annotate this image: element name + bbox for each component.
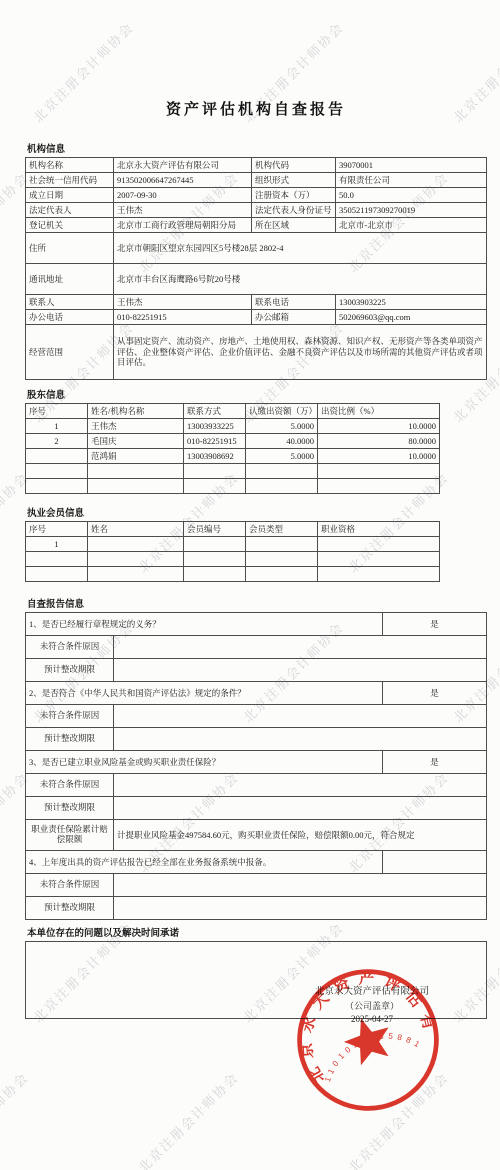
field-label: 经营范围: [26, 325, 114, 380]
field-value: [114, 897, 487, 920]
field-value: 39070001: [336, 158, 487, 173]
field-label: 联系人: [26, 295, 114, 310]
column-header: 序号: [26, 522, 88, 537]
page-title: 资产评估机构自查报告: [25, 98, 487, 119]
table-row: 范鸿娟 13003908692 5.0000 10.0000: [26, 449, 440, 464]
table-cell: 010-82251915: [184, 434, 246, 449]
table-row: 住所 北京市朝阳区望京东园四区5号楼28层 2802-4: [26, 233, 487, 264]
field-value: 有限责任公司: [336, 173, 487, 188]
question-row: 3、是否已建立职业风险基金或购买职业责任保险？ 是: [26, 751, 487, 774]
table-row: 1: [26, 537, 440, 552]
table-cell: [26, 449, 88, 464]
table-row: [26, 552, 440, 567]
field-value: 350521197309270019: [336, 203, 487, 218]
question-row: 1、是否已经履行章程规定的义务？ 是: [26, 613, 487, 636]
field-value: 北京市丰台区海鹰路6号院20号楼: [114, 264, 487, 295]
table-row: 社会统一信用代码 913502006647267445 组织形式 有限责任公司: [26, 173, 487, 188]
table-cell: [246, 567, 318, 582]
section-heading-shareholders: 股东信息: [27, 387, 487, 401]
field-value: [114, 659, 487, 682]
answer-value: 是: [383, 751, 487, 774]
table-row: 成立日期 2007-09-30 注册资本（万） 50.0: [26, 188, 487, 203]
watermark-text: 北京注册会计师协会: [0, 1067, 32, 1170]
sub-row: 未符合条件原因: [26, 774, 487, 797]
table-cell: [318, 552, 440, 567]
section-heading-org-info: 机构信息: [27, 141, 487, 155]
field-label: 未符合条件原因: [26, 874, 114, 897]
table-cell: 10.0000: [318, 419, 440, 434]
field-label: 通讯地址: [26, 264, 114, 295]
table-cell: [246, 552, 318, 567]
table-cell: [26, 464, 88, 479]
members-table: 序号 姓名 会员编号 会员类型 职业资格 1: [25, 521, 440, 582]
table-cell: [88, 567, 184, 582]
table-cell: 毛国庆: [88, 434, 184, 449]
table-cell: [318, 479, 440, 494]
table-row: [26, 567, 440, 582]
table-cell: [184, 552, 246, 567]
question-text: 4、上年度出具的资产评估报告已经全部在业务报备系统中报备。: [26, 851, 383, 874]
field-value: 王伟杰: [114, 295, 252, 310]
shareholders-table: 序号 姓名/机构名称 联系方式 认缴出资额（万） 出资比例（%） 1 王伟杰 1…: [25, 403, 440, 494]
table-cell: [26, 479, 88, 494]
column-header: 会员编号: [184, 522, 246, 537]
field-value: 010-82251915: [114, 310, 252, 325]
field-label: 预计整改期限: [26, 659, 114, 682]
table-cell: 80.0000: [318, 434, 440, 449]
field-value: 913502006647267445: [114, 173, 252, 188]
field-value: [114, 705, 487, 728]
field-value: [114, 797, 487, 820]
sub-row: 预计整改期限: [26, 797, 487, 820]
sub-row: 未符合条件原因: [26, 874, 487, 897]
table-cell: [88, 552, 184, 567]
sub-row: 未符合条件原因: [26, 636, 487, 659]
table-cell: 1: [26, 537, 88, 552]
table-cell: 5.0000: [246, 449, 318, 464]
question-text: 3、是否已建立职业风险基金或购买职业责任保险？: [26, 751, 383, 774]
column-header: 姓名/机构名称: [88, 404, 184, 419]
sub-row: 预计整改期限: [26, 659, 487, 682]
field-value: 13003903225: [336, 295, 487, 310]
field-label: 法定代表人身份证号: [252, 203, 336, 218]
table-row: 经营范围 从事固定资产、流动资产、房地产、土地使用权、森林资源、知识产权、无形资…: [26, 325, 487, 380]
column-header: 会员类型: [246, 522, 318, 537]
column-header: 出资比例（%）: [318, 404, 440, 419]
table-cell: [246, 479, 318, 494]
table-cell: 1: [26, 419, 88, 434]
business-scope-value: 从事固定资产、流动资产、房地产、土地使用权、森林资源、知识产权、无形资产等各类单…: [114, 325, 487, 380]
seal-graphic: 北京永大资产评估有限公司 1101020585881: [292, 964, 444, 1116]
watermark-text: 北京注册会计师协会: [133, 1067, 242, 1170]
field-label: 职业责任保险累计赔偿限额: [26, 820, 114, 851]
field-value: [114, 636, 487, 659]
field-label: 机构代码: [252, 158, 336, 173]
table-header-row: 序号 姓名 会员编号 会员类型 职业资格: [26, 522, 440, 537]
answer-value: [383, 851, 487, 874]
question-row: 4、上年度出具的资产评估报告已经全部在业务报备系统中报备。: [26, 851, 487, 874]
field-label: 所在区域: [252, 218, 336, 233]
question-text: 1、是否已经履行章程规定的义务？: [26, 613, 383, 636]
table-row: [26, 464, 440, 479]
table-row: 法定代表人 王伟杰 法定代表人身份证号 350521197309270019: [26, 203, 487, 218]
table-cell: [184, 479, 246, 494]
field-label: 未符合条件原因: [26, 774, 114, 797]
field-label: 未符合条件原因: [26, 636, 114, 659]
field-label: 预计整改期限: [26, 897, 114, 920]
field-label: 组织形式: [252, 173, 336, 188]
table-cell: 40.0000: [246, 434, 318, 449]
question-text: 2、是否符合《中华人民共和国资产评估法》规定的条件？: [26, 682, 383, 705]
table-cell: 5.0000: [246, 419, 318, 434]
field-label: 成立日期: [26, 188, 114, 203]
field-label: 预计整改期限: [26, 797, 114, 820]
field-label: 注册资本（万）: [252, 188, 336, 203]
table-row: 2 毛国庆 010-82251915 40.0000 80.0000: [26, 434, 440, 449]
sub-row: 预计整改期限: [26, 728, 487, 751]
field-label: 未符合条件原因: [26, 705, 114, 728]
table-cell: [26, 552, 88, 567]
scanned-report-page: 北京注册会计师协会北京注册会计师协会北京注册会计师协会北京注册会计师协会北京注册…: [0, 0, 500, 1170]
field-label: 联系电话: [252, 295, 336, 310]
table-header-row: 序号 姓名/机构名称 联系方式 认缴出资额（万） 出资比例（%）: [26, 404, 440, 419]
table-cell: [246, 537, 318, 552]
column-header: 姓名: [88, 522, 184, 537]
company-seal: 北京永大资产评估有限公司 1101020585881: [292, 964, 444, 1116]
table-cell: [88, 464, 184, 479]
sub-row: 预计整改期限: [26, 897, 487, 920]
table-cell: [318, 537, 440, 552]
field-label: 预计整改期限: [26, 728, 114, 751]
table-cell: 王伟杰: [88, 419, 184, 434]
table-row: 1 王伟杰 13003933225 5.0000 10.0000: [26, 419, 440, 434]
answer-value: 是: [383, 682, 487, 705]
field-label: 登记机关: [26, 218, 114, 233]
table-cell: [88, 537, 184, 552]
field-value: 北京永大资产评估有限公司: [114, 158, 252, 173]
table-cell: [184, 537, 246, 552]
table-row: 通讯地址 北京市丰台区海鹰路6号院20号楼: [26, 264, 487, 295]
field-label: 法定代表人: [26, 203, 114, 218]
field-value: 50.0: [336, 188, 487, 203]
field-value: 北京市朝阳区望京东园四区5号楼28层 2802-4: [114, 233, 487, 264]
field-label: 住所: [26, 233, 114, 264]
field-value: 2007-09-30: [114, 188, 252, 203]
section-heading-members: 执业会员信息: [27, 505, 487, 519]
field-value: 王伟杰: [114, 203, 252, 218]
table-cell: [318, 464, 440, 479]
field-value: [114, 728, 487, 751]
field-label: 社会统一信用代码: [26, 173, 114, 188]
table-row: [26, 479, 440, 494]
section-heading-commitment: 本单位存在的问题以及解决时间承诺: [27, 925, 487, 939]
table-cell: [318, 567, 440, 582]
table-cell: 13003908692: [184, 449, 246, 464]
section-heading-selfcheck: 自查报告信息: [27, 596, 487, 610]
table-cell: 2: [26, 434, 88, 449]
column-header: 认缴出资额（万）: [246, 404, 318, 419]
field-label: 办公邮箱: [252, 310, 336, 325]
field-value: [114, 874, 487, 897]
insurance-row: 职业责任保险累计赔偿限额 计提职业风险基金497584.60元，购买职业责任保险…: [26, 820, 487, 851]
table-cell: [184, 464, 246, 479]
column-header: 序号: [26, 404, 88, 419]
question-row: 2、是否符合《中华人民共和国资产评估法》规定的条件？ 是: [26, 682, 487, 705]
table-cell: [246, 464, 318, 479]
table-cell: [88, 479, 184, 494]
table-cell: [184, 567, 246, 582]
report-content: 资产评估机构自查报告 机构信息 机构名称 北京永大资产评估有限公司 机构代码 3…: [25, 0, 487, 1019]
table-row: 联系人 王伟杰 联系电话 13003903225: [26, 295, 487, 310]
field-value: 北京市工商行政管理局朝阳分局: [114, 218, 252, 233]
selfcheck-table: 1、是否已经履行章程规定的义务？ 是 未符合条件原因 预计整改期限 2、是否符合…: [25, 612, 487, 920]
column-header: 联系方式: [184, 404, 246, 419]
table-cell: 10.0000: [318, 449, 440, 464]
field-label: 办公电话: [26, 310, 114, 325]
column-header: 职业资格: [318, 522, 440, 537]
field-value: 北京市-北京市: [336, 218, 487, 233]
table-cell: 范鸿娟: [88, 449, 184, 464]
table-row: 登记机关 北京市工商行政管理局朝阳分局 所在区域 北京市-北京市: [26, 218, 487, 233]
field-value: 502069603@qq.com: [336, 310, 487, 325]
table-cell: 13003933225: [184, 419, 246, 434]
table-cell: [26, 567, 88, 582]
field-value: [114, 774, 487, 797]
field-label: 机构名称: [26, 158, 114, 173]
table-row: 办公电话 010-82251915 办公邮箱 502069603@qq.com: [26, 310, 487, 325]
org-info-table: 机构名称 北京永大资产评估有限公司 机构代码 39070001 社会统一信用代码…: [25, 157, 487, 380]
insurance-value: 计提职业风险基金497584.60元，购买职业责任保险，赔偿限额0.00元，符合…: [114, 820, 487, 851]
answer-value: 是: [383, 613, 487, 636]
table-row: 机构名称 北京永大资产评估有限公司 机构代码 39070001: [26, 158, 487, 173]
sub-row: 未符合条件原因: [26, 705, 487, 728]
